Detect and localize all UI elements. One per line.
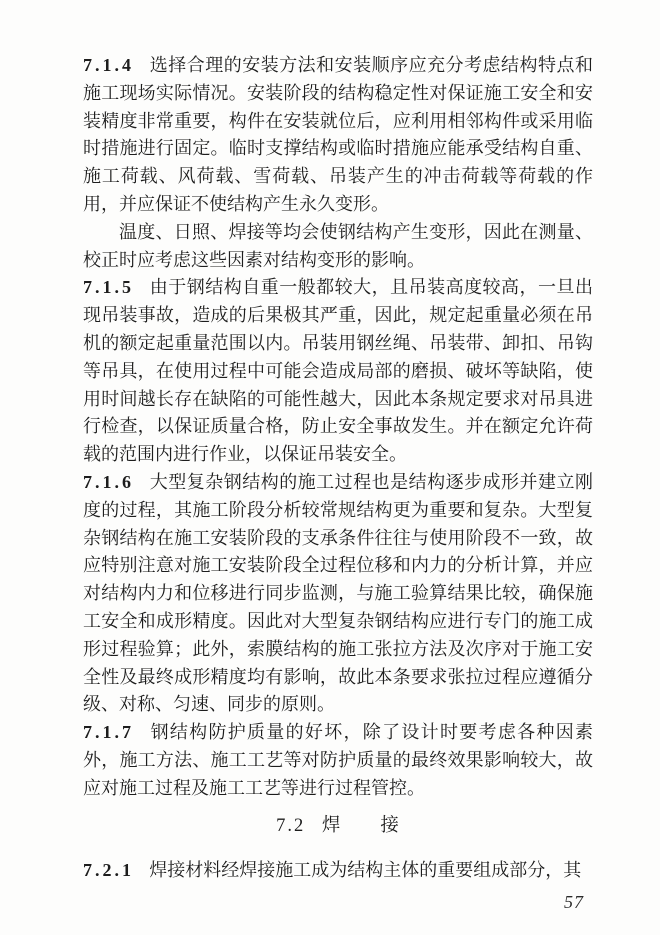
clause-text: 焊接材料经焊接施工成为结构主体的重要组成部分，其 <box>149 860 581 880</box>
document-page: 7.1.4选择合理的安装方法和安装顺序应充分考虑结构特点和施工现场实际情况。安装… <box>0 0 660 935</box>
clause-7-1-5: 7.1.5由于钢结构自重一般都较大，且吊装高度较高，一旦出现吊装事故，造成的后果… <box>83 274 593 469</box>
clause-number: 7.2.1 <box>83 860 134 880</box>
page-number: 57 <box>564 892 584 913</box>
clause-number: 7.1.6 <box>83 472 134 492</box>
clause-text: 选择合理的安装方法和安装顺序应充分考虑结构特点和施工现场实际情况。安装阶段的结构… <box>83 55 593 214</box>
clause-text: 温度、日照、焊接等均会使钢结构产生变形，因此在测量、校正时应考虑这些因素对结构变… <box>83 222 593 270</box>
clause-number: 7.1.5 <box>83 277 134 297</box>
clause-number: 7.1.7 <box>83 722 134 742</box>
clause-number: 7.1.4 <box>83 55 134 75</box>
clause-7-1-7: 7.1.7钢结构防护质量的好坏，除了设计时要考虑各种因素外，施工方法、施工工艺等… <box>83 719 593 802</box>
section-heading-7-2: 7.2焊 接 <box>83 813 593 841</box>
clause-text: 大型复杂钢结构的施工过程也是结构逐步成形并建立刚度的过程，其施工阶段分析较常规结… <box>83 472 593 714</box>
clause-7-2-1: 7.2.1焊接材料经焊接施工成为结构主体的重要组成部分，其 <box>83 857 593 885</box>
section-title: 焊 接 <box>322 816 400 836</box>
clause-text: 钢结构防护质量的好坏，除了设计时要考虑各种因素外，施工方法、施工工艺等对防护质量… <box>83 722 593 798</box>
section-number: 7.2 <box>276 816 305 836</box>
clause-7-1-4-continuation: 温度、日照、焊接等均会使钢结构产生变形，因此在测量、校正时应考虑这些因素对结构变… <box>83 219 593 275</box>
clause-text: 由于钢结构自重一般都较大，且吊装高度较高，一旦出现吊装事故，造成的后果极其严重，… <box>83 277 593 464</box>
clause-7-1-4: 7.1.4选择合理的安装方法和安装顺序应充分考虑结构特点和施工现场实际情况。安装… <box>83 52 593 219</box>
commentary-text-block: 7.1.4选择合理的安装方法和安装顺序应充分考虑结构特点和施工现场实际情况。安装… <box>83 52 593 885</box>
clause-7-1-6: 7.1.6大型复杂钢结构的施工过程也是结构逐步成形并建立刚度的过程，其施工阶段分… <box>83 469 593 719</box>
